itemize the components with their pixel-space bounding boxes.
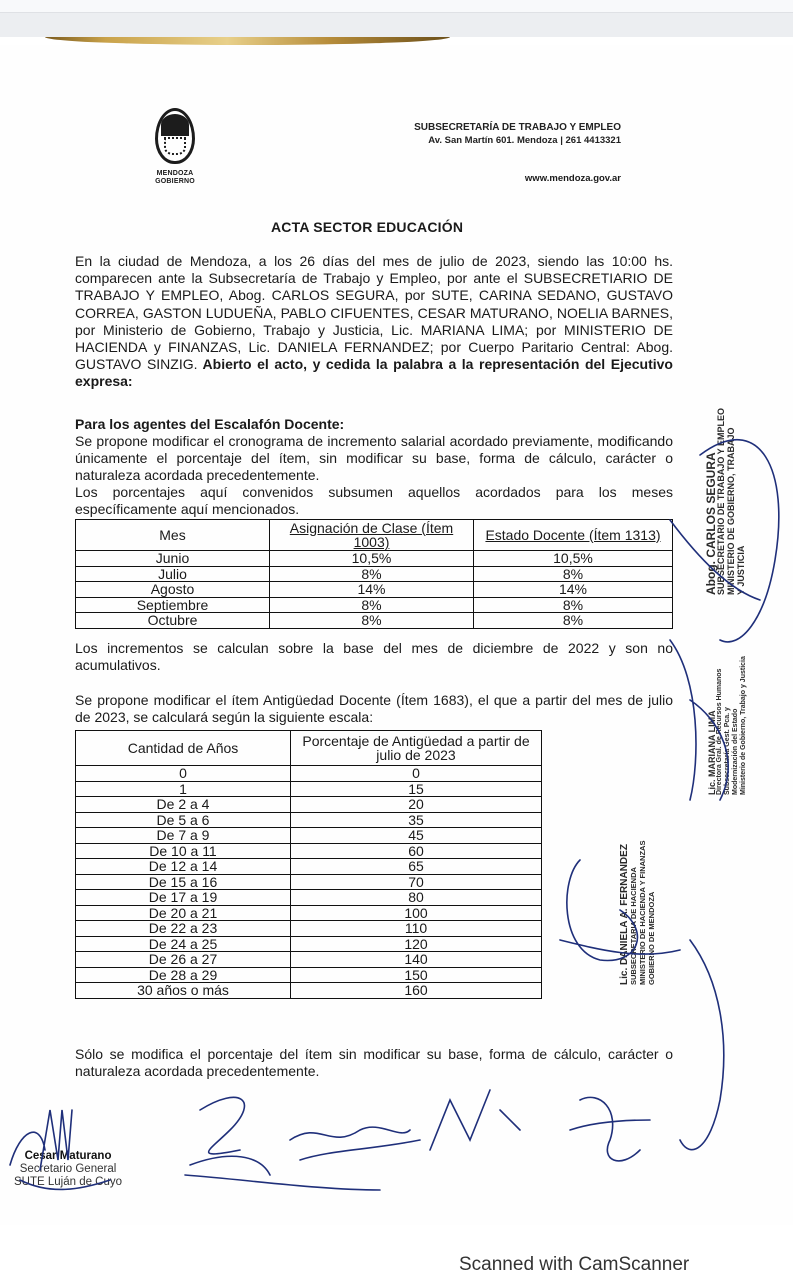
table-row: 115 <box>76 781 542 797</box>
cell-percentage: 140 <box>291 952 542 968</box>
cell-percentage: 0 <box>291 766 542 782</box>
intro-paragraph: En la ciudad de Mendoza, a los 26 días d… <box>75 253 673 391</box>
cell-years: 1 <box>76 781 291 797</box>
agency-name: SUBSECRETARÍA DE TRABAJO Y EMPLEO <box>414 121 621 134</box>
cell-percentage: 15 <box>291 781 542 797</box>
cell-percentage: 65 <box>291 859 542 875</box>
paragraph-subsume: Los porcentajes aquí convenidos subsumen… <box>75 484 673 518</box>
signature-block-maturano: Cesar Maturano Secretario General SUTE L… <box>14 1150 122 1189</box>
table-row: De 26 a 27140 <box>76 952 542 968</box>
cell-asignacion-clase: 8% <box>270 613 474 629</box>
header-years: Cantidad de Años <box>76 731 291 766</box>
cell-years: De 15 a 16 <box>76 874 291 890</box>
seniority-table: Cantidad de Años Porcentaje de Antigüeda… <box>75 730 542 999</box>
paragraph-seniority: Se propone modificar el ítem Antigüedad … <box>75 692 673 726</box>
salary-increase-table: Mes Asignación de Clase (Ítem 1003) Esta… <box>75 519 673 629</box>
cell-asignacion-clase: 8% <box>270 597 474 613</box>
cell-years: De 26 a 27 <box>76 952 291 968</box>
cell-estado-docente: 8% <box>474 597 673 613</box>
cell-percentage: 80 <box>291 890 542 906</box>
table-row: De 17 a 1980 <box>76 890 542 906</box>
header-month: Mes <box>76 520 270 551</box>
cell-years: De 22 a 23 <box>76 921 291 937</box>
cell-years: 0 <box>76 766 291 782</box>
cell-percentage: 110 <box>291 921 542 937</box>
stamp-mariana-lima: Lic. MARIANA LIMA Directora Gral. de Rec… <box>708 656 748 795</box>
agency-website: www.mendoza.gov.ar <box>525 173 621 184</box>
table-row: 30 años o más160 <box>76 983 542 999</box>
cell-years: De 17 a 19 <box>76 890 291 906</box>
table-row: De 2 a 420 <box>76 797 542 813</box>
cell-estado-docente: 14% <box>474 582 673 598</box>
table-row: Junio10,5%10,5% <box>76 551 673 567</box>
table-row: De 12 a 1465 <box>76 859 542 875</box>
stamp-carlos-segura: Abog. CARLOS SEGURA SUBSECRETARIO DE TRA… <box>706 408 746 595</box>
shield-icon <box>155 108 195 164</box>
table-row: De 7 a 945 <box>76 828 542 844</box>
table-row: Agosto14%14% <box>76 582 673 598</box>
cell-years: De 10 a 11 <box>76 843 291 859</box>
table-row: De 20 a 21100 <box>76 905 542 921</box>
table-row: De 15 a 1670 <box>76 874 542 890</box>
header-estado-docente: Estado Docente (Ítem 1313) <box>474 520 673 551</box>
cell-percentage: 20 <box>291 797 542 813</box>
cell-month: Septiembre <box>76 597 270 613</box>
table-header-row: Mes Asignación de Clase (Ítem 1003) Esta… <box>76 520 673 551</box>
cell-years: De 28 a 29 <box>76 967 291 983</box>
cell-estado-docente: 8% <box>474 613 673 629</box>
cell-asignacion-clase: 10,5% <box>270 551 474 567</box>
scan-background <box>0 13 793 37</box>
cell-years: De 7 a 9 <box>76 828 291 844</box>
table-row: Septiembre8%8% <box>76 597 673 613</box>
cell-percentage: 35 <box>291 812 542 828</box>
cell-asignacion-clase: 14% <box>270 582 474 598</box>
cell-percentage: 45 <box>291 828 542 844</box>
cell-years: 30 años o más <box>76 983 291 999</box>
camscanner-watermark: Scanned with CamScanner <box>459 1254 689 1276</box>
paragraph-salary-schedule: Se propone modificar el cronograma de in… <box>75 433 673 485</box>
agency-header: SUBSECRETARÍA DE TRABAJO Y EMPLEO Av. Sa… <box>414 121 621 147</box>
cell-years: De 24 a 25 <box>76 936 291 952</box>
document-title: ACTA SECTOR EDUCACIÓN <box>271 219 463 235</box>
cell-estado-docente: 8% <box>474 566 673 582</box>
cell-asignacion-clase: 8% <box>270 566 474 582</box>
cell-percentage: 100 <box>291 905 542 921</box>
table-row: Julio8%8% <box>76 566 673 582</box>
cell-percentage: 150 <box>291 967 542 983</box>
header-percentage: Porcentaje de Antigüedad a partir de jul… <box>291 731 542 766</box>
paragraph-base-note: Los incrementos se calculan sobre la bas… <box>75 640 673 674</box>
cell-month: Junio <box>76 551 270 567</box>
table-row: De 22 a 23110 <box>76 921 542 937</box>
cell-percentage: 160 <box>291 983 542 999</box>
cell-month: Julio <box>76 566 270 582</box>
stamp-daniela-fernandez: Lic. DANIELA A. FERNANDEZ SUBSECRETARIA … <box>620 841 656 985</box>
cell-percentage: 120 <box>291 936 542 952</box>
app-top-bar <box>0 0 793 13</box>
table-row: Octubre8%8% <box>76 613 673 629</box>
cell-month: Octubre <box>76 613 270 629</box>
table-row: De 5 a 635 <box>76 812 542 828</box>
table-row: De 24 a 25120 <box>76 936 542 952</box>
section-heading: Para los agentes del Escalafón Docente: <box>75 416 344 432</box>
header-asignacion-clase: Asignación de Clase (Ítem 1003) <box>270 520 474 551</box>
cell-percentage: 60 <box>291 843 542 859</box>
scan-edge-artifact <box>45 37 450 45</box>
mendoza-coat-of-arms-logo: MENDOZA GOBIERNO <box>150 108 200 190</box>
table-row: 00 <box>76 766 542 782</box>
table-row: De 28 a 29150 <box>76 967 542 983</box>
cell-percentage: 70 <box>291 874 542 890</box>
cell-month: Agosto <box>76 582 270 598</box>
table-row: De 10 a 1160 <box>76 843 542 859</box>
cell-years: De 2 a 4 <box>76 797 291 813</box>
cell-estado-docente: 10,5% <box>474 551 673 567</box>
paragraph-closing: Sólo se modifica el porcentaje del ítem … <box>75 1046 673 1080</box>
cell-years: De 20 a 21 <box>76 905 291 921</box>
cell-years: De 5 a 6 <box>76 812 291 828</box>
cell-years: De 12 a 14 <box>76 859 291 875</box>
agency-address: Av. San Martín 601. Mendoza | 261 441332… <box>414 134 621 147</box>
logo-text: MENDOZA GOBIERNO <box>150 170 200 186</box>
table-header-row: Cantidad de Años Porcentaje de Antigüeda… <box>76 731 542 766</box>
